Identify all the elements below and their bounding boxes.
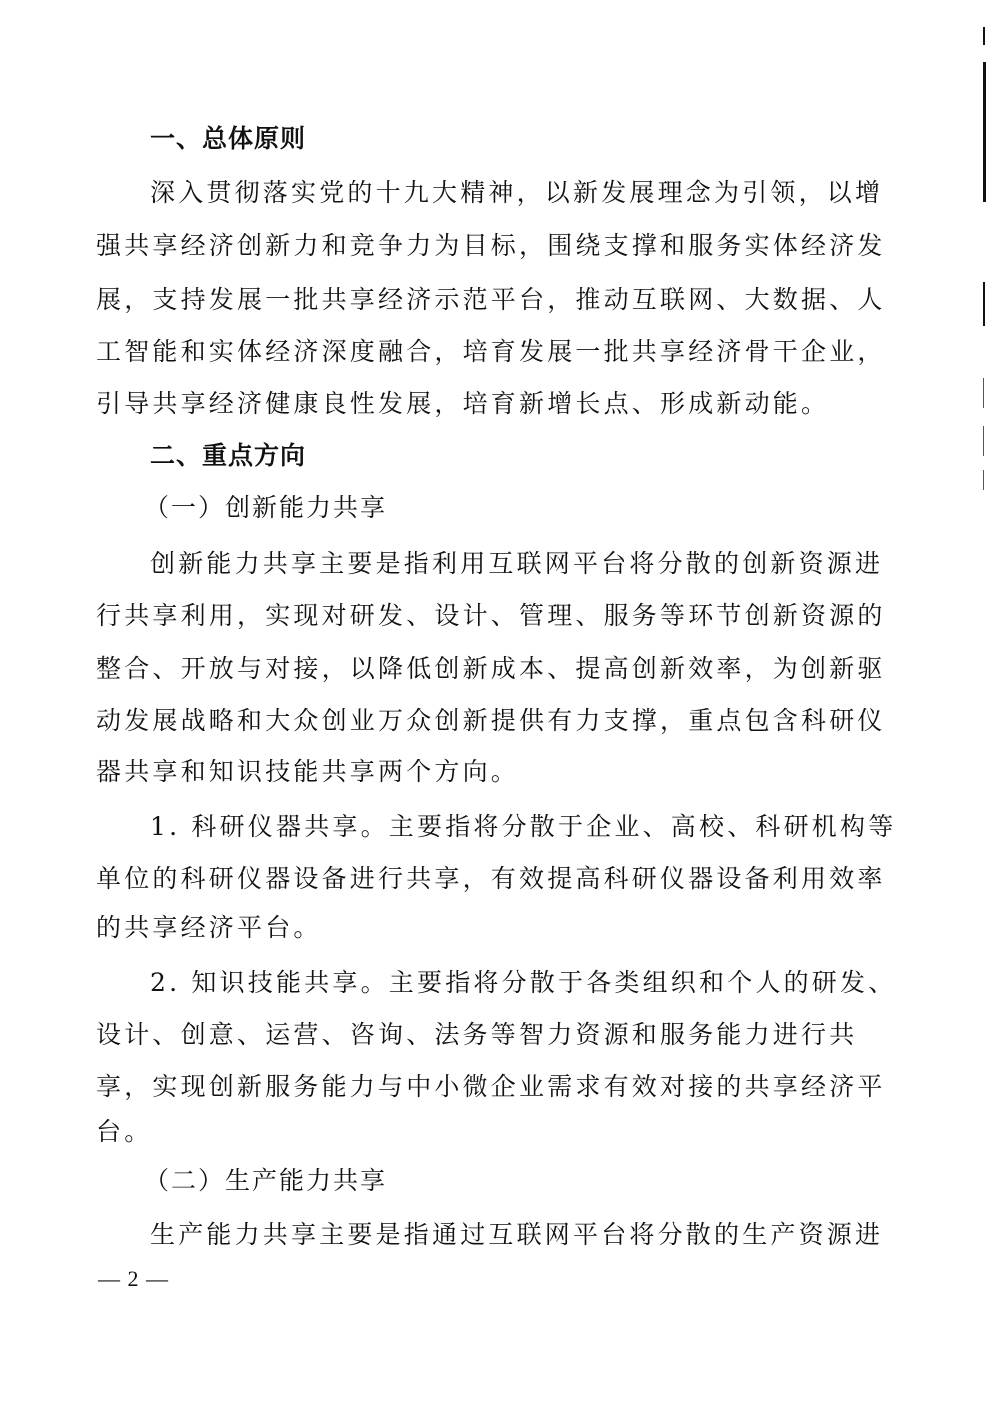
- paragraph-line: 创新能力共享主要是指利用互联网平台将分散的创新资源进: [150, 549, 930, 579]
- paragraph-line: 器共享和知识技能共享两个方向。: [96, 757, 876, 787]
- list-item-line: 设计、创意、运营、咨询、法务等智力资源和服务能力进行共: [96, 1020, 876, 1050]
- page-number: — 2 —: [98, 1266, 169, 1292]
- document-page: 一、总体原则 深入贯彻落实党的十九大精神，以新发展理念为引领，以增 强共享经济创…: [0, 0, 992, 1403]
- list-item-line: 2. 知识技能共享。主要指将分散于各类组织和个人的研发、: [150, 968, 930, 998]
- scan-artifact-line: [983, 470, 984, 490]
- list-item-line: 享，实现创新服务能力与中小微企业需求有效对接的共享经济平: [96, 1072, 876, 1102]
- paragraph-line: 展，支持发展一批共享经济示范平台，推动互联网、大数据、人: [96, 285, 876, 315]
- list-item-line: 单位的科研仪器设备进行共享，有效提高科研仪器设备利用效率: [96, 864, 876, 894]
- list-item-line: 的共享经济平台。: [96, 913, 876, 943]
- scan-artifact-line: [983, 282, 985, 326]
- paragraph-line: 整合、开放与对接，以降低创新成本、提高创新效率，为创新驱: [96, 654, 876, 684]
- section-heading-key-directions: 二、重点方向: [150, 441, 930, 471]
- paragraph-line: 强共享经济创新力和竞争力为目标，围绕支撑和服务实体经济发: [96, 231, 876, 261]
- paragraph-line: 工智能和实体经济深度融合，培育发展一批共享经济骨干企业，: [96, 337, 876, 367]
- list-item-line: 1. 科研仪器共享。主要指将分散于企业、高校、科研机构等: [150, 812, 930, 842]
- scan-artifact-line: [983, 426, 984, 456]
- subsection-heading-production-sharing: （二）生产能力共享: [144, 1166, 924, 1196]
- paragraph-line: 行共享利用，实现对研发、设计、管理、服务等环节创新资源的: [96, 601, 876, 631]
- scan-artifact-line: [983, 378, 984, 408]
- paragraph-line: 动发展战略和大众创业万众创新提供有力支撑，重点包含科研仪: [96, 706, 876, 736]
- paragraph-line: 深入贯彻落实党的十九大精神，以新发展理念为引领，以增: [150, 178, 930, 208]
- subsection-heading-innovation-sharing: （一）创新能力共享: [144, 493, 924, 523]
- scan-artifact-line: [983, 27, 985, 45]
- section-heading-general-principles: 一、总体原则: [150, 124, 930, 154]
- scan-artifact-line: [983, 62, 986, 202]
- paragraph-line: 生产能力共享主要是指通过互联网平台将分散的生产资源进: [150, 1220, 930, 1250]
- paragraph-line: 引导共享经济健康良性发展，培育新增长点、形成新动能。: [96, 389, 876, 419]
- list-item-line: 台。: [96, 1117, 876, 1147]
